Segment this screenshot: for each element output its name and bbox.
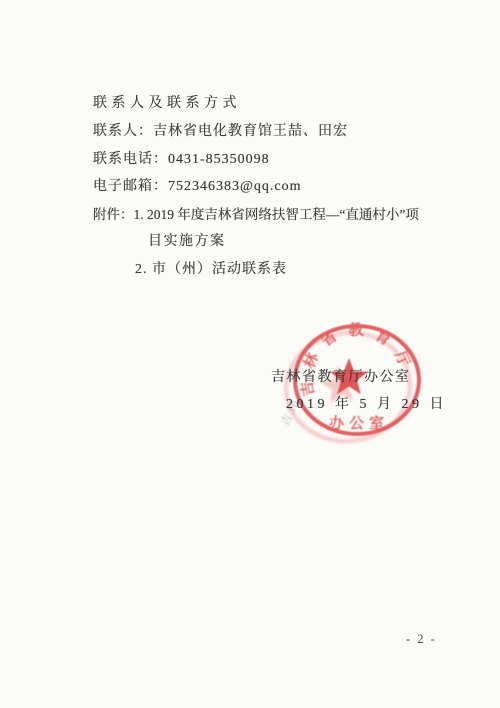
contact-section-heading: 联系人及联系方式: [93, 92, 241, 112]
document-page: 吉30 吉 林 省 教 育 厅 办公室 联系人及联系方式 联系人：吉林省电化教育…: [0, 0, 500, 708]
contact-person-line: 联系人：吉林省电化教育馆王喆、田宏: [93, 120, 348, 140]
seal-ring-char: 教: [348, 322, 364, 339]
page-number: - 2 -: [406, 632, 437, 647]
contact-email-line: 电子邮箱：752346383@qq.com: [93, 175, 302, 195]
signature-organization: 吉林省教育厅办公室: [271, 366, 411, 386]
seal-ring-char: 省: [318, 328, 340, 350]
attachment-line-2: 目实施方案: [148, 230, 226, 250]
seal-bottom-text: 办公室: [329, 414, 389, 432]
signature-date: 2019 年 5 月 29 日: [286, 393, 447, 413]
attachment-line-1: 附件：1. 2019 年度吉林省网络扶智工程—“直通村小”项: [93, 203, 419, 223]
contact-phone-line: 联系电话：0431-85350098: [93, 148, 270, 168]
attachment-line-3: 2. 市（州）活动联系表: [135, 258, 287, 278]
